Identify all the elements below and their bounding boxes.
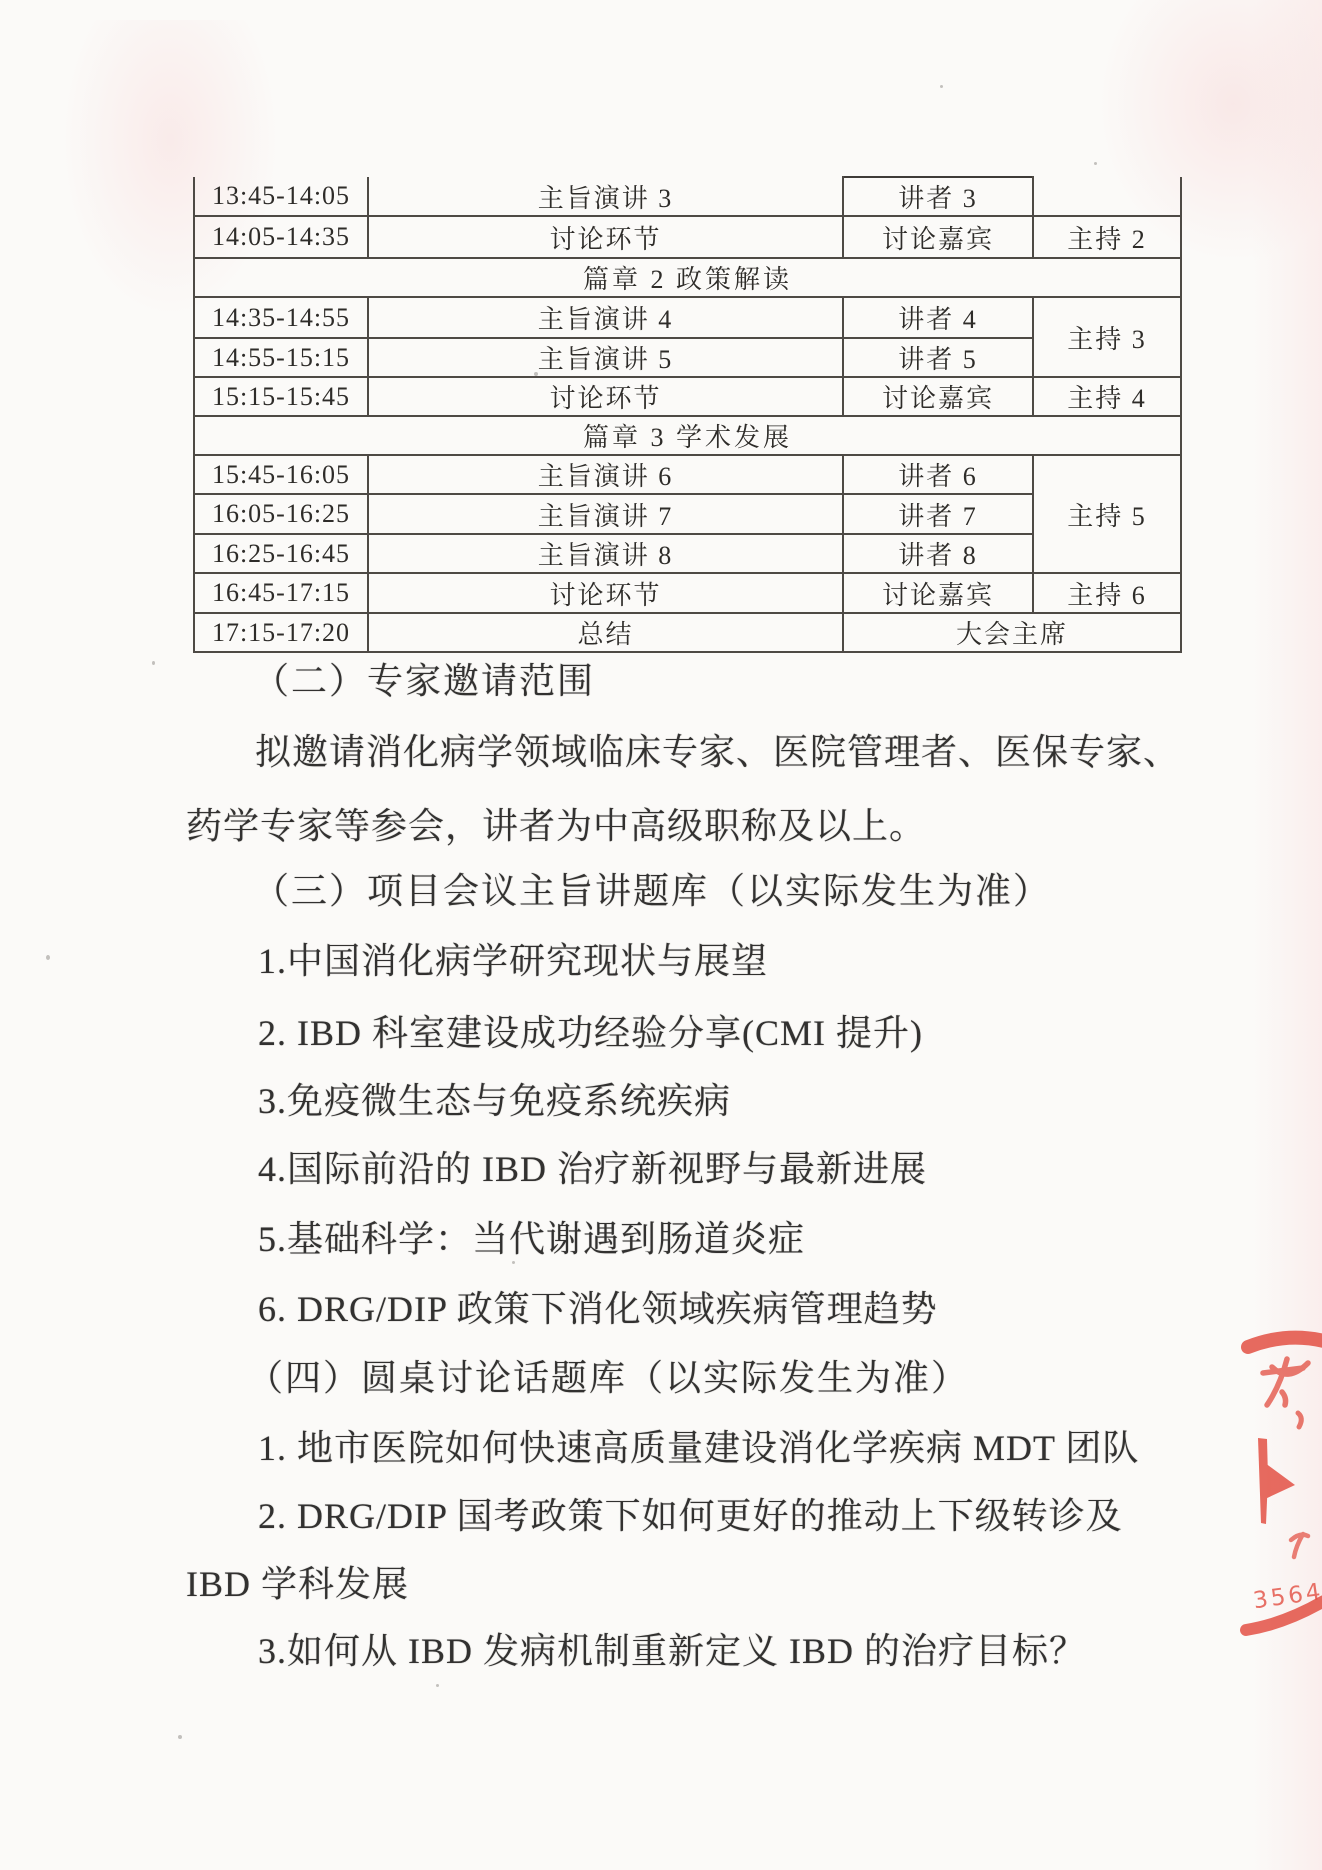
speaker-cell: 讲者 8 [843,534,1033,573]
topic-cell: 总结 [368,613,843,652]
host-cell: 主持 2 [1033,216,1181,258]
host-cell: 主持 3 [1033,297,1181,377]
topic-cell: 主旨演讲 4 [368,297,843,338]
table-row: 15:15-15:45 讨论环节 讨论嘉宾 主持 4 [194,377,1181,416]
roundtable-item-1: 1. 地市医院如何快速高质量建设消化学疾病 MDT 团队 [258,1429,1139,1467]
topic-cell: 主旨演讲 7 [368,494,843,534]
keynote-item-5: 5.基础科学：当代谢遇到肠道炎症 [258,1220,805,1258]
scan-smudge [1252,0,1322,1870]
host-cell: 主持 5 [1033,455,1181,573]
expert-paragraph-line-2: 药学专家等参会，讲者为中高级职称及以上。 [186,807,926,845]
host-cell: 主持 6 [1033,573,1181,613]
topic-cell: 讨论环节 [368,573,843,613]
topic-cell: 主旨演讲 5 [368,338,843,377]
section-cell: 篇章 2 政策解读 [194,258,1181,297]
speaker-cell: 讨论嘉宾 [843,216,1033,258]
topic-cell: 主旨演讲 8 [368,534,843,573]
table-row: 17:15-17:20 总结 大会主席 [194,613,1181,652]
section-2-heading: （二）专家邀请范围 [253,662,595,700]
time-cell: 14:55-15:15 [194,338,368,377]
time-cell: 17:15-17:20 [194,613,368,652]
topic-cell: 主旨演讲 6 [368,455,843,494]
table-section-row: 篇章 2 政策解读 [194,258,1181,297]
time-cell: 16:05-16:25 [194,494,368,534]
scan-speck [178,1735,182,1739]
scan-speck [534,372,538,376]
roundtable-item-3: 3.如何从 IBD 发病机制重新定义 IBD 的治疗目标？ [258,1632,1086,1670]
keynote-item-1: 1.中国消化病学研究现状与展望 [258,942,768,980]
table-row: 14:55-15:15 主旨演讲 5 讲者 5 [194,338,1181,377]
topic-cell: 讨论环节 [368,377,843,416]
seal-bottom-rim [1246,1601,1322,1630]
seal-top-rim [1248,1338,1322,1347]
speaker-cell: 讨论嘉宾 [843,377,1033,416]
seal-arrow [1258,1438,1268,1524]
scan-speck [940,85,943,88]
table-row: 15:45-16:05 主旨演讲 6 讲者 6 主持 5 [194,455,1181,494]
topic-cell: 主旨演讲 3 [368,177,843,216]
keynote-item-6: 6. DRG/DIP 政策下消化领域疾病管理趋势 [258,1290,938,1328]
table-row: 14:05-14:35 讨论环节 讨论嘉宾 主持 2 [194,216,1181,258]
table-row: 13:45-14:05 主旨演讲 3 讲者 3 [194,177,1181,216]
topic-cell: 讨论环节 [368,216,843,258]
time-cell: 14:05-14:35 [194,216,368,258]
speaker-cell: 讲者 3 [843,177,1033,216]
expert-paragraph-line-1: 拟邀请消化病学领域临床专家、医院管理者、医保专家、 [255,733,1180,771]
roundtable-item-2-line-2: IBD 学科发展 [186,1565,409,1603]
speaker-cell: 讨论嘉宾 [843,573,1033,613]
table-row: 16:05-16:25 主旨演讲 7 讲者 7 [194,494,1181,534]
section-4-heading: （四）圆桌讨论话题库（以实际发生为准） [247,1359,969,1397]
section-3-heading: （三）项目会议主旨讲题库（以实际发生为准） [253,872,1051,910]
red-seal-stamp: 3564 [1230,1328,1322,1642]
scan-speck [436,1684,439,1687]
time-cell: 15:15-15:45 [194,377,368,416]
host-cell: 主持 4 [1033,377,1181,416]
chair-cell: 大会主席 [843,613,1181,652]
keynote-item-2: 2. IBD 科室建设成功经验分享(CMI 提升) [258,1014,923,1052]
time-cell: 16:25-16:45 [194,534,368,573]
scan-speck [512,1261,515,1264]
time-cell: 16:45-17:15 [194,573,368,613]
speaker-cell: 讲者 7 [843,494,1033,534]
document-page: 13:45-14:05 主旨演讲 3 讲者 3 14:05-14:35 讨论环节… [0,0,1322,1870]
table-row: 16:25-16:45 主旨演讲 8 讲者 8 [194,534,1181,573]
agenda-table: 13:45-14:05 主旨演讲 3 讲者 3 14:05-14:35 讨论环节… [193,176,1182,653]
seal-number: 3564 [1252,1579,1322,1615]
time-cell: 14:35-14:55 [194,297,368,338]
time-cell: 15:45-16:05 [194,455,368,494]
speaker-cell: 讲者 5 [843,338,1033,377]
speaker-cell: 讲者 4 [843,297,1033,338]
host-cell [1033,177,1181,216]
table-row: 14:35-14:55 主旨演讲 4 讲者 4 主持 3 [194,297,1181,338]
keynote-item-3: 3.免疫微生态与免疫系统疾病 [258,1082,731,1120]
roundtable-item-2-line-1: 2. DRG/DIP 国考政策下如何更好的推动上下级转诊及 [258,1497,1123,1535]
time-cell: 13:45-14:05 [194,177,368,216]
scan-speck [1094,162,1097,165]
scan-speck [152,661,155,665]
table-section-row: 篇章 3 学术发展 [194,416,1181,455]
section-cell: 篇章 3 学术发展 [194,416,1181,455]
scan-speck [46,955,50,960]
keynote-item-4: 4.国际前沿的 IBD 治疗新视野与最新进展 [258,1150,927,1188]
table-row: 16:45-17:15 讨论环节 讨论嘉宾 主持 6 [194,573,1181,613]
speaker-cell: 讲者 6 [843,455,1033,494]
